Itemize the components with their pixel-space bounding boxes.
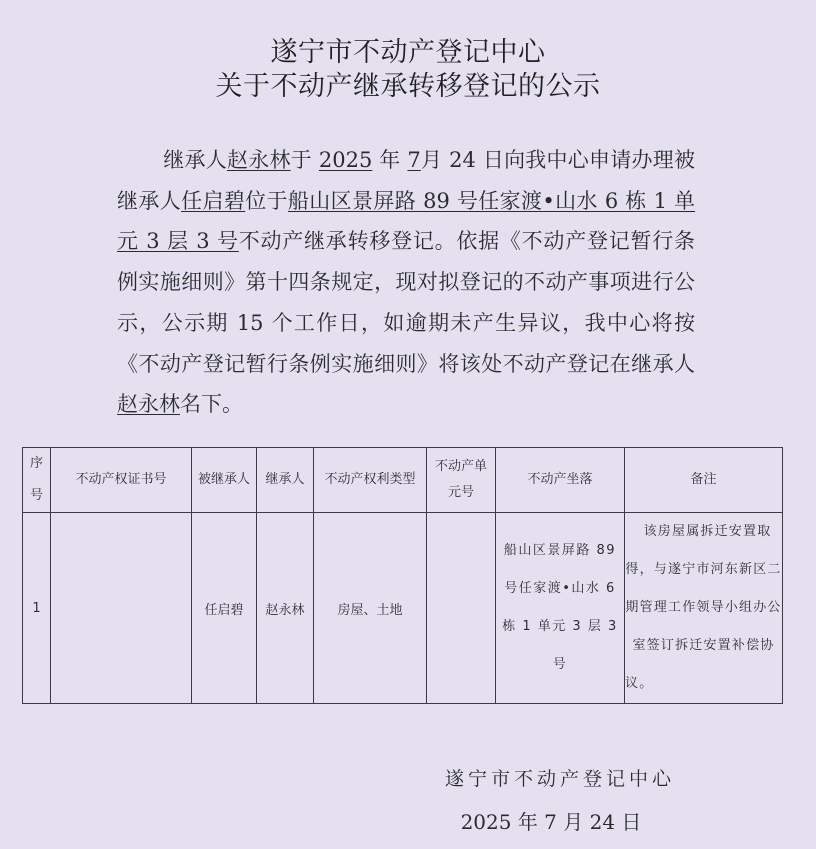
table-row: 1 任启碧 赵永林 房屋、土地 船山区景屏路 89 号任家渡•山水 6 栋 1 … bbox=[23, 513, 783, 704]
body-text-segment: 于 bbox=[291, 148, 319, 172]
header-remark: 备注 bbox=[625, 448, 783, 513]
cell-decedent: 任启碧 bbox=[192, 513, 257, 704]
header-certificate-no: 不动产权证书号 bbox=[51, 448, 192, 513]
cell-index: 1 bbox=[23, 513, 51, 704]
body-text-segment: 位于 bbox=[245, 189, 288, 213]
application-month: 7 bbox=[407, 148, 420, 172]
table-header-row: 序号 不动产权证书号 被继承人 继承人 不动产权利类型 不动产单元号 不动产坐落… bbox=[23, 448, 783, 513]
header-right-type: 不动产权利类型 bbox=[314, 448, 427, 513]
cell-right-type: 房屋、土地 bbox=[314, 513, 427, 704]
heir-name-repeat: 赵永林 bbox=[117, 392, 180, 416]
registration-table: 序号 不动产权证书号 被继承人 继承人 不动产权利类型 不动产单元号 不动产坐落… bbox=[22, 447, 783, 704]
body-text-segment: 年 bbox=[372, 148, 407, 172]
document-title-line1: 遂宁市不动产登记中心 bbox=[0, 36, 816, 70]
cell-unit-no bbox=[427, 513, 496, 704]
heir-name: 赵永林 bbox=[227, 148, 291, 172]
cell-location: 船山区景屏路 89 号任家渡•山水 6 栋 1 单元 3 层 3 号 bbox=[496, 513, 625, 704]
header-heir: 继承人 bbox=[257, 448, 314, 513]
header-location: 不动产坐落 bbox=[496, 448, 625, 513]
document-title-line2: 关于不动产继承转移登记的公示 bbox=[0, 70, 816, 104]
header-index: 序号 bbox=[23, 448, 51, 513]
notice-body: 继承人赵永林于 2025 年 7月 24 日向我中心申请办理被继承人任启碧位于船… bbox=[117, 140, 695, 425]
signature-date: 2025 年 7 月 24 日 bbox=[411, 806, 691, 835]
cell-remark: 该房屋属拆迁安置取得，与遂宁市河东新区二期管理工作领导小组办公室签订拆迁安置补偿… bbox=[625, 513, 783, 704]
decedent-name: 任启碧 bbox=[181, 189, 245, 213]
remark-text: 该房屋属拆迁安置取得，与遂宁市河东新区二期管理工作领导小组办公室签订拆迁安置补偿… bbox=[625, 524, 782, 691]
cell-heir: 赵永林 bbox=[257, 513, 314, 704]
application-year: 2025 bbox=[319, 148, 372, 172]
cell-certificate-no bbox=[51, 513, 192, 704]
body-text-segment: 继承人 bbox=[163, 148, 227, 172]
body-text-segment: 名下。 bbox=[180, 392, 243, 416]
signature-organization: 遂宁市不动产登记中心 bbox=[420, 764, 700, 791]
header-decedent: 被继承人 bbox=[192, 448, 257, 513]
header-unit-no: 不动产单元号 bbox=[427, 448, 496, 513]
